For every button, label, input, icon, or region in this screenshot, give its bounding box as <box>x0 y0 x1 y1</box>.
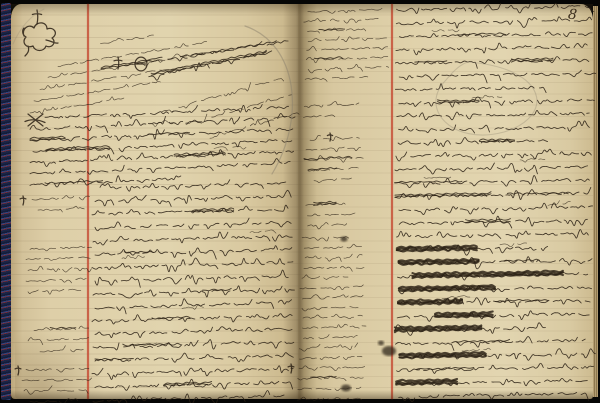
left-page-stain <box>15 324 110 399</box>
notebook-binding <box>1 3 11 400</box>
right-margin-rule <box>391 4 393 399</box>
page-stack-edge <box>593 6 598 397</box>
right-page-ruling <box>298 4 593 399</box>
page-number: 8 <box>567 7 578 24</box>
right-page: 8 <box>298 4 593 399</box>
left-page <box>11 4 298 399</box>
manuscript-photo: 8 <box>0 0 600 403</box>
left-margin-rule <box>87 4 89 399</box>
